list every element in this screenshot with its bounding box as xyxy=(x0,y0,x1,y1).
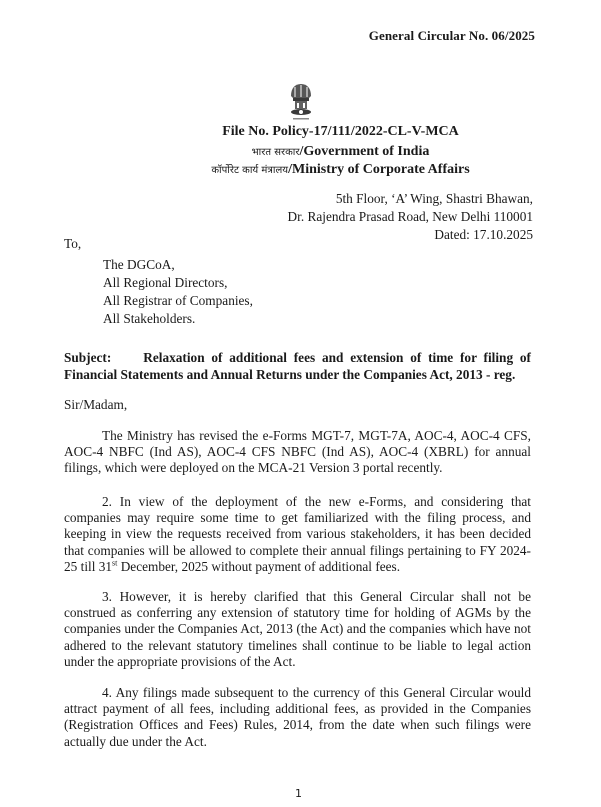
paragraph-1-text: The Ministry has revised the e-Forms MGT… xyxy=(64,428,531,475)
subject: Subject:Relaxation of additional fees an… xyxy=(64,349,531,383)
to-label: To, xyxy=(64,236,81,252)
paragraph-3-text: 3. However, it is hereby clarified that … xyxy=(64,589,531,669)
government-english: /Government of India xyxy=(299,144,429,159)
address-line-1: 5th Floor, ‘A’ Wing, Shastri Bhawan, xyxy=(288,190,533,208)
salutation: Sir/Madam, xyxy=(64,397,531,413)
ministry-line: कॉर्पोरेट कार्य मंत्रालय/Ministry of Cor… xyxy=(40,162,601,178)
document-page: General Circular No. 06/2025 File No. Po… xyxy=(0,0,601,807)
dated: Dated: 17.10.2025 xyxy=(288,226,533,244)
paragraph-4-text: 4. Any filings made subsequent to the cu… xyxy=(64,685,531,749)
subject-label: Subject: xyxy=(64,350,111,365)
government-line: भारत सरकार/Government of India xyxy=(40,144,601,160)
recipients-list: The DGCoA, All Regional Directors, All R… xyxy=(103,256,253,328)
paragraph-1: The Ministry has revised the e-Forms MGT… xyxy=(64,428,531,477)
paragraph-2-text-end: December, 2025 without payment of additi… xyxy=(117,559,400,574)
ministry-hindi: कॉर्पोरेट कार्य मंत्रालय xyxy=(211,165,288,176)
circular-number: General Circular No. 06/2025 xyxy=(369,28,535,44)
address-line-2: Dr. Rajendra Prasad Road, New Delhi 1100… xyxy=(288,208,533,226)
recipient: The DGCoA, xyxy=(103,256,253,274)
recipient: All Regional Directors, xyxy=(103,274,253,292)
recipient: All Registrar of Companies, xyxy=(103,292,253,310)
page-number: 1 xyxy=(295,787,302,800)
paragraph-4: 4. Any filings made subsequent to the cu… xyxy=(64,685,531,750)
government-hindi: भारत सरकार xyxy=(252,147,300,158)
paragraph-2: 2. In view of the deployment of the new … xyxy=(64,494,531,575)
recipient: All Stakeholders. xyxy=(103,310,253,328)
subject-text: Relaxation of additional fees and extens… xyxy=(64,350,531,382)
national-emblem-icon xyxy=(285,82,317,124)
ministry-english: /Ministry of Corporate Affairs xyxy=(288,162,470,177)
file-number: File No. Policy-17/111/2022-CL-V-MCA xyxy=(40,124,601,140)
office-address: 5th Floor, ‘A’ Wing, Shastri Bhawan, Dr.… xyxy=(288,190,533,244)
paragraph-3: 3. However, it is hereby clarified that … xyxy=(64,589,531,670)
